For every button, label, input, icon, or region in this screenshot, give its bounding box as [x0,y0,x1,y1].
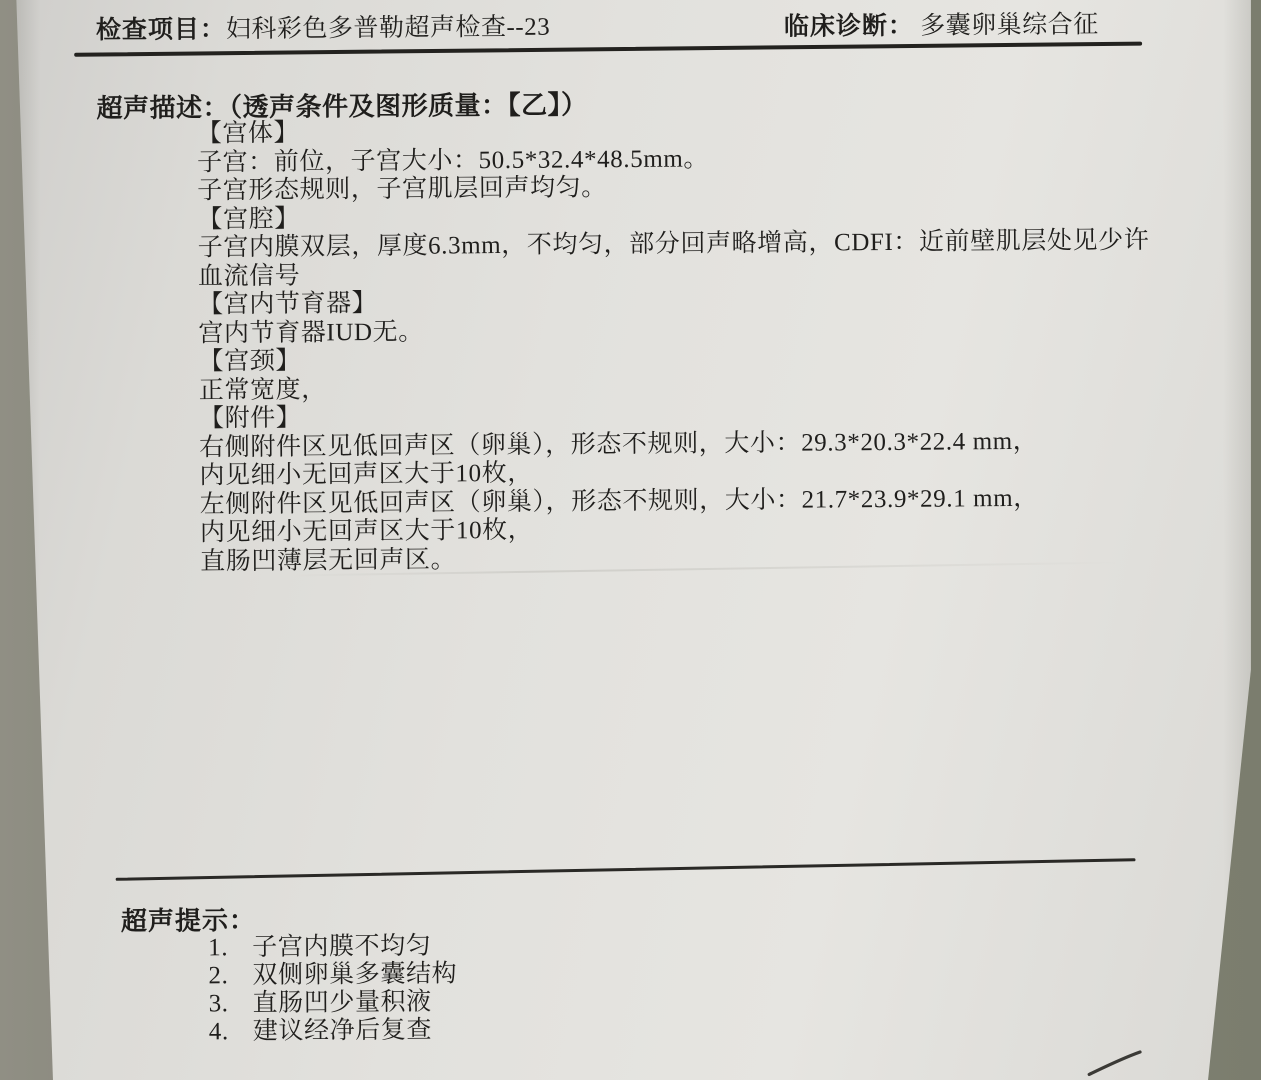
clinical-diagnosis: 临床诊断： 多囊卵巢综合征 [784,4,1099,42]
exam-item: 检查项目：妇科彩色多普勒超声检查--23 [96,7,550,47]
findings-divider-line [116,858,1136,881]
finding-text: 双侧卵巢多囊结构 [252,960,457,989]
finding-number: 1. [208,934,252,962]
finding-item: 2.双侧卵巢多囊结构 [208,960,457,990]
finding-number: 2. [208,962,252,990]
finding-item: 1.子宫内膜不均匀 [208,932,457,962]
finding-item: 4.建议经净后复查 [209,1016,458,1046]
exam-item-label: 检查项目： [96,15,226,44]
header-row: 检查项目：妇科彩色多普勒超声检查--23 临床诊断： 多囊卵巢综合征 [0,1,1257,11]
ultrasound-findings-heading: 超声提示： [121,900,256,938]
clinical-diagnosis-value: 多囊卵巢综合征 [920,11,1099,39]
finding-text: 直肠凹少量积液 [253,989,432,1017]
finding-text: 子宫内膜不均匀 [252,933,431,961]
finding-number: 4. [209,1018,253,1046]
exam-item-value: 妇科彩色多普勒超声检查--23 [226,14,550,44]
finding-item: 3.直肠凹少量积液 [209,988,458,1018]
ultrasound-findings-list: 1.子宫内膜不均匀 2.双侧卵巢多囊结构 3.直肠凹少量积液 4.建议经净后复查 [208,932,458,1046]
pen-stroke [1086,1046,1156,1077]
finding-number: 3. [209,990,253,1018]
report-content: 检查项目：妇科彩色多普勒超声检查--23 临床诊断： 多囊卵巢综合征 超声描述：… [0,0,1261,1080]
ultrasound-description-body: 【宫体】 子宫：前位，子宫大小：50.5*32.4*48.5mm。 子宫形态规则… [197,113,1181,577]
finding-text: 建议经净后复查 [253,1017,432,1045]
clinical-diagnosis-label: 临床诊断： [784,12,914,41]
description-heading-label: 超声描述： [96,92,229,123]
